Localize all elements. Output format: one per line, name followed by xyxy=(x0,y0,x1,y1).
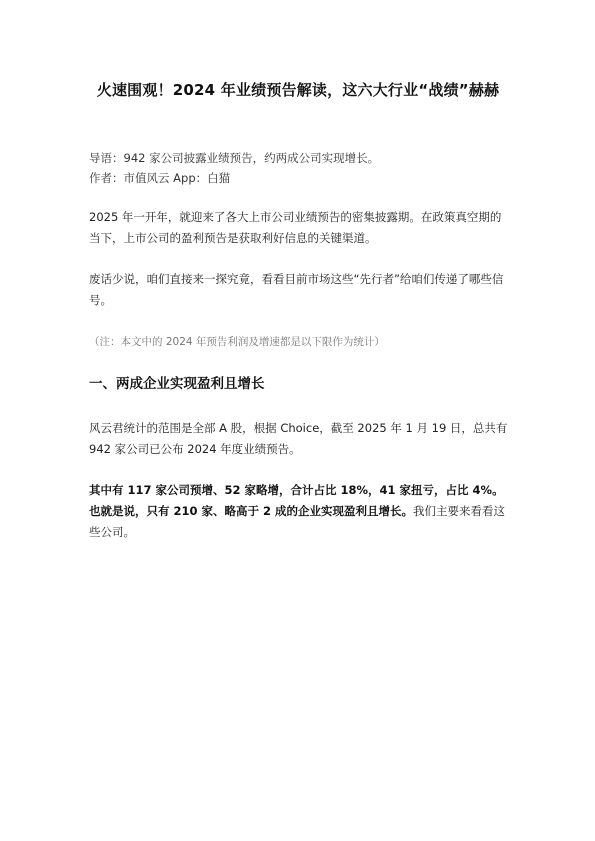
section-paragraph: 风云君统计的范围是全部 A 股，根据 Choice，截至 2025 年 1 月 … xyxy=(89,418,509,460)
intro-paragraph-2: 废话少说，咱们直接来一探究竟，看看目前市场这些“先行者”给咱们传递了哪些信号。 xyxy=(89,269,509,311)
document-page: 火速围观！2024 年业绩预告解读，这六大行业“战绩”赫赫 导语：942 家公司… xyxy=(0,0,595,841)
article-lead: 导语：942 家公司披露业绩预告，约两成公司实现增长。 xyxy=(89,148,379,168)
article-title: 火速围观！2024 年业绩预告解读，这六大行业“战绩”赫赫 xyxy=(78,77,518,104)
statistics-note: （注：本文中的 2024 年预告利润及增速都是以下限作为统计） xyxy=(89,333,385,351)
section-paragraph-2: 其中有 117 家公司预增、52 家略增，合计占比 18%，41 家扭亏，占比 … xyxy=(89,480,509,543)
article-author: 作者：市值风云 App：白猫 xyxy=(89,168,230,188)
intro-paragraph: 2025 年一开年，就迎来了各大上市公司业绩预告的密集披露期。在政策真空期的当下… xyxy=(89,207,509,249)
section-heading: 一、两成企业实现盈利且增长 xyxy=(89,373,265,395)
